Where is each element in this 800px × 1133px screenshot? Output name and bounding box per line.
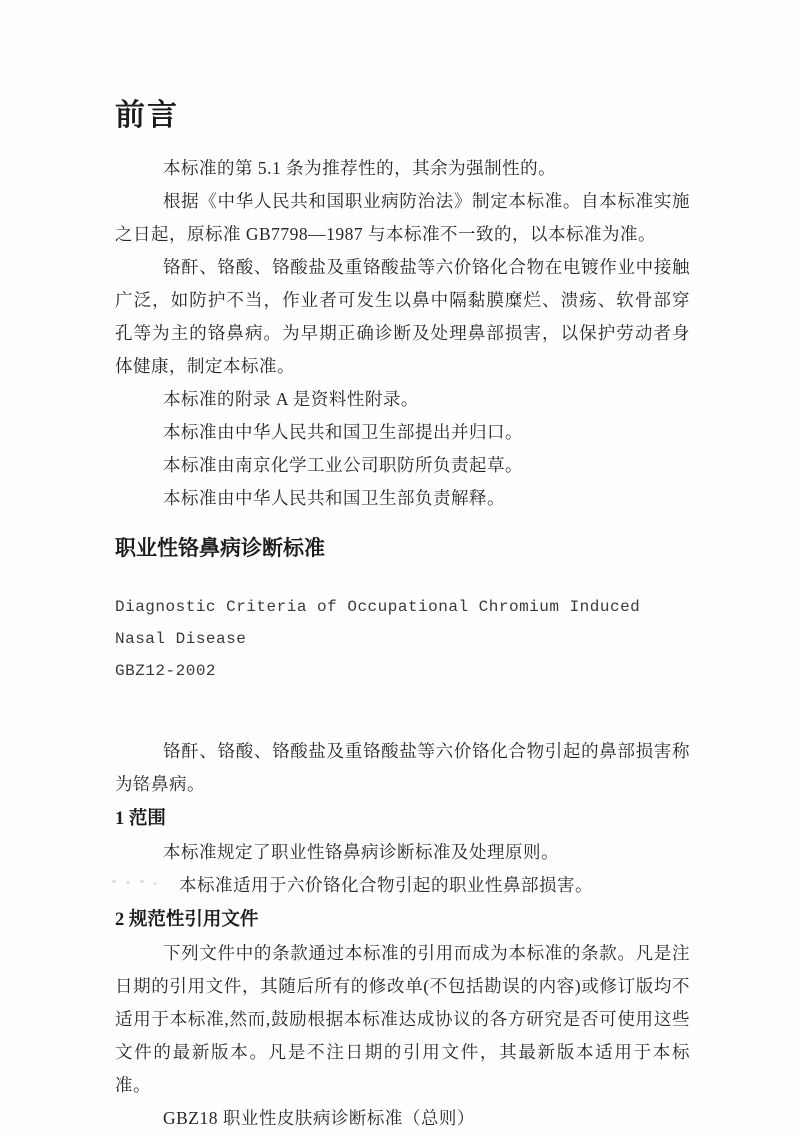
standard-intro-paragraph: 铬酐、铬酸、铬酸盐及重铬酸盐等六价铬化合物引起的鼻部损害称为铬鼻病。 [115, 735, 690, 801]
foreword-paragraph-3: 铬酐、铬酸、铬酸盐及重铬酸盐等六价铬化合物在电镀作业中接触广泛，如防护不当，作业… [115, 251, 690, 383]
foreword-title: 前言 [115, 98, 690, 134]
scan-artifact [118, 783, 122, 786]
foreword-paragraph-2: 根据《中华人民共和国职业病防治法》制定本标准。自本标准实施之日起，原标准 GB7… [115, 185, 690, 251]
section-1-paragraph-2: 本标准适用于六价铬化合物引起的职业性鼻部损害。 [115, 869, 690, 902]
standard-title-cn: 职业性铬鼻病诊断标准 [115, 535, 690, 561]
section-1-heading: 1 范围 [115, 803, 690, 836]
foreword-paragraph-1: 本标准的第 5.1 条为推荐性的，其余为强制性的。 [115, 152, 690, 185]
standard-title-en-block: Diagnostic Criteria of Occupational Chro… [115, 591, 690, 687]
section-1-paragraph-1: 本标准规定了职业性铬鼻病诊断标准及处理原则。 [115, 836, 690, 869]
foreword-paragraph-4: 本标准的附录 A 是资料性附录。 [115, 383, 690, 416]
section-2-heading: 2 规范性引用文件 [115, 904, 690, 937]
foreword-paragraph-7: 本标准由中华人民共和国卫生部负责解释。 [115, 482, 690, 515]
section-2-paragraph-1: 下列文件中的条款通过本标准的引用而成为本标准的条款。凡是注日期的引用文件，其随后… [115, 937, 690, 1102]
section-2-reference-item: GBZ18 职业性皮肤病诊断标准（总则） [115, 1102, 690, 1133]
foreword-paragraph-5: 本标准由中华人民共和国卫生部提出并归口。 [115, 416, 690, 449]
standard-title-en: Diagnostic Criteria of Occupational Chro… [115, 591, 690, 655]
scan-artifact [112, 880, 116, 883]
standard-code: GBZ12-2002 [115, 655, 690, 687]
foreword-paragraph-6: 本标准由南京化学工业公司职防所负责起草。 [115, 449, 690, 482]
document-page: 前言 本标准的第 5.1 条为推荐性的，其余为强制性的。 根据《中华人民共和国职… [0, 0, 800, 1133]
